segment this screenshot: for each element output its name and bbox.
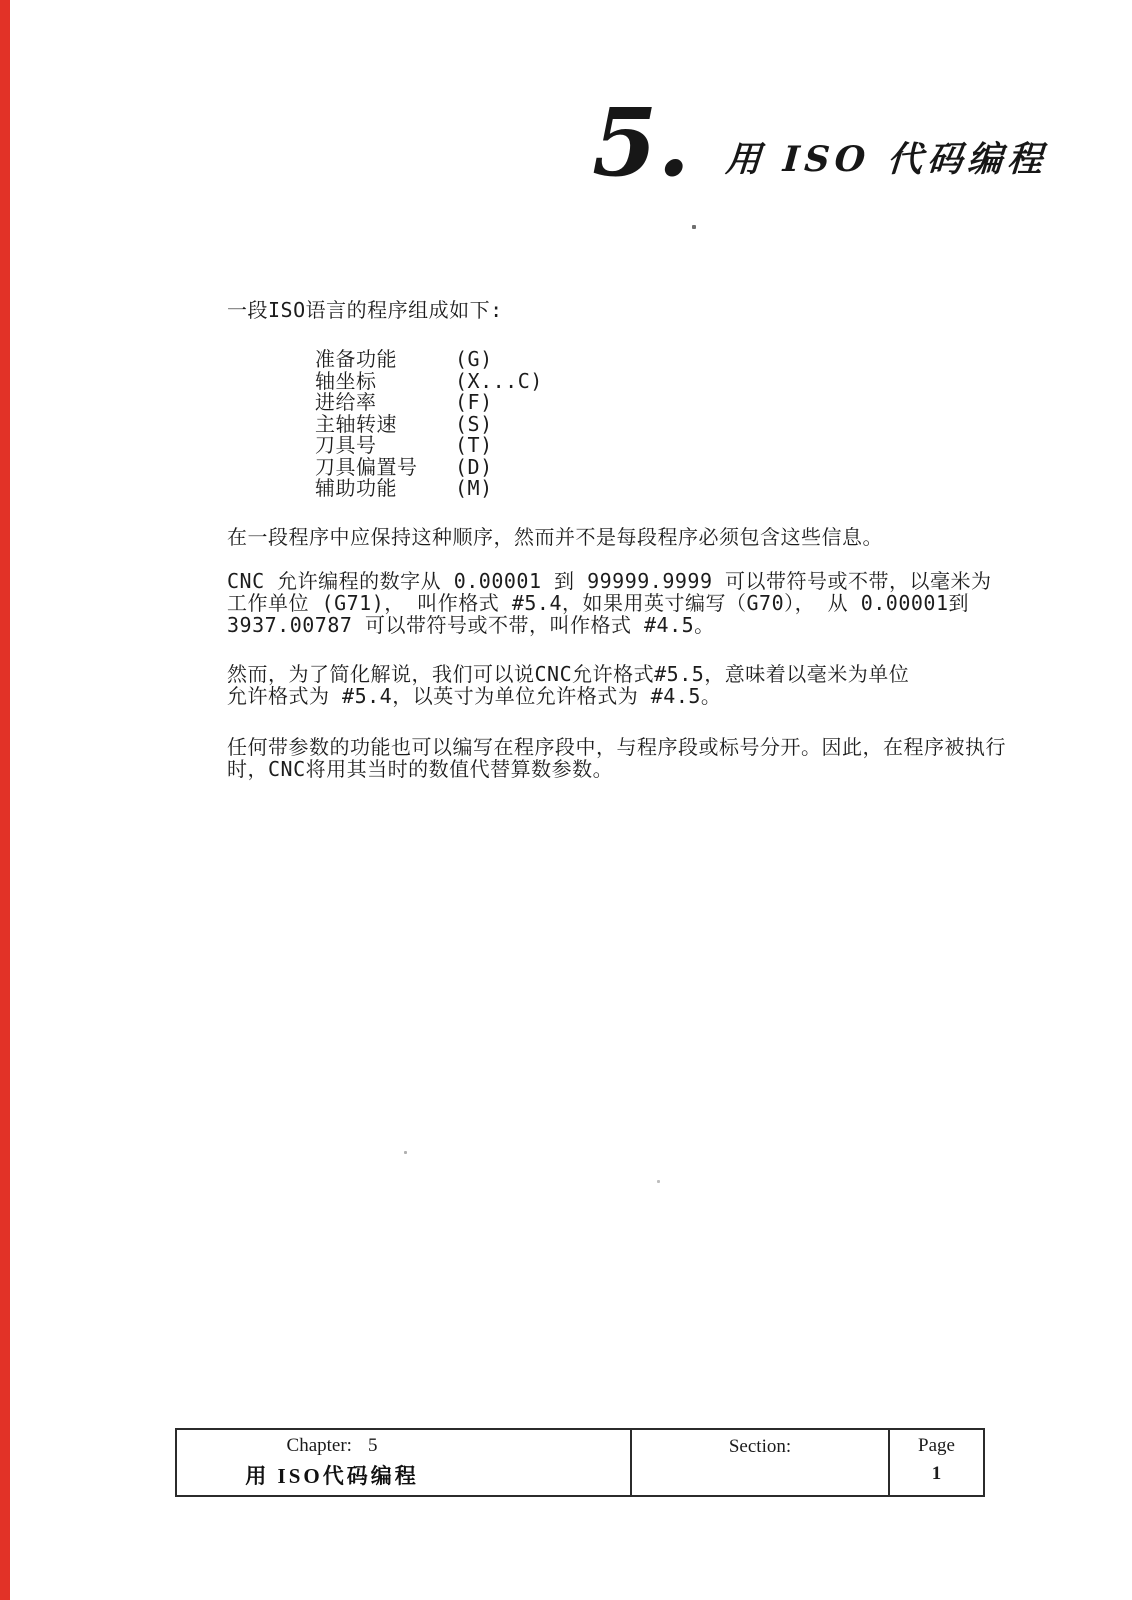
- paragraph-line: 然而，为了简化解说，我们可以说CNC允许格式#5.5，意味着以毫米为单位: [227, 663, 909, 685]
- component-label: 刀具偏置号: [315, 457, 455, 479]
- scan-speck: [404, 1151, 407, 1154]
- component-label: 刀具号: [315, 435, 455, 457]
- component-row: 主轴转速 (S): [315, 414, 543, 436]
- paragraph-line: 任何带参数的功能也可以编写在程序段中，与程序段或标号分开。因此，在程序被执行: [227, 736, 1006, 758]
- footer-page-cell: Page 1: [890, 1430, 983, 1495]
- paragraph-line: CNC 允许编程的数字从 0.00001 到 99999.9999 可以带符号或…: [227, 570, 992, 592]
- footer-table: Chapter:5 用 ISO代码编程 Section: Page 1: [175, 1428, 985, 1497]
- component-row: 轴坐标 (X...C): [315, 371, 543, 393]
- document-page: 5. 用 ISO 代码编程 一段ISO语言的程序组成如下: 准备功能 (G) 轴…: [0, 0, 1132, 1600]
- component-code: (M): [455, 478, 493, 500]
- footer-page-label: Page: [890, 1435, 983, 1457]
- component-code: (X...C): [455, 371, 543, 393]
- component-label: 辅助功能: [315, 478, 455, 500]
- component-label: 主轴转速: [315, 414, 455, 436]
- component-code: (G): [455, 349, 493, 371]
- paragraph-line: 在一段程序中应保持这种顺序，然而并不是每段程序必须包含这些信息。: [227, 526, 883, 548]
- component-row: 进给率 (F): [315, 392, 543, 414]
- chapter-number-heading: 5.: [592, 96, 690, 190]
- footer-chapter-label: Chapter:: [287, 1435, 352, 1456]
- component-row: 刀具号 (T): [315, 435, 543, 457]
- paragraph-line: 时，CNC将用其当时的数值代替算数参数。: [227, 758, 1006, 780]
- paragraph-line: 允许格式为 #5.4，以英寸为单位允许格式为 #4.5。: [227, 685, 909, 707]
- paragraph-line: 3937.00787 可以带符号或不带，叫作格式 #4.5。: [227, 614, 992, 636]
- paragraph-order-note: 在一段程序中应保持这种顺序，然而并不是每段程序必须包含这些信息。: [227, 526, 883, 548]
- footer-section-cell: Section:: [632, 1430, 890, 1495]
- footer-section-label: Section:: [632, 1436, 888, 1458]
- footer-chapter-number: 5: [368, 1435, 378, 1457]
- component-label: 准备功能: [315, 349, 455, 371]
- paragraph-parameter-note: 任何带参数的功能也可以编写在程序段中，与程序段或标号分开。因此，在程序被执行 时…: [227, 736, 1006, 780]
- component-row: 辅助功能 (M): [315, 478, 543, 500]
- footer-chapter-line: Chapter:5: [182, 1435, 482, 1457]
- paragraph-simplified-format: 然而，为了简化解说，我们可以说CNC允许格式#5.5，意味着以毫米为单位 允许格…: [227, 663, 909, 707]
- component-code: (F): [455, 392, 493, 414]
- chapter-title-heading: 用 ISO 代码编程: [724, 132, 1049, 182]
- component-row: 刀具偏置号 (D): [315, 457, 543, 479]
- scan-speck: [692, 225, 696, 229]
- scan-speck: [657, 1180, 660, 1183]
- footer-chapter-cell: Chapter:5 用 ISO代码编程: [177, 1430, 632, 1495]
- component-label: 轴坐标: [315, 371, 455, 393]
- intro-line: 一段ISO语言的程序组成如下:: [227, 299, 503, 321]
- component-row: 准备功能 (G): [315, 349, 543, 371]
- component-code: (D): [455, 457, 493, 479]
- component-label: 进给率: [315, 392, 455, 414]
- footer-page-number: 1: [890, 1463, 983, 1485]
- program-component-list: 准备功能 (G) 轴坐标 (X...C) 进给率 (F) 主轴转速 (S) 刀具…: [315, 349, 543, 500]
- paragraph-number-format: CNC 允许编程的数字从 0.00001 到 99999.9999 可以带符号或…: [227, 570, 992, 636]
- component-code: (S): [455, 414, 493, 436]
- paragraph-line: 工作单位 (G71)， 叫作格式 #5.4，如果用英寸编写（G70）， 从 0.…: [227, 592, 992, 614]
- footer-chapter-block: Chapter:5 用 ISO代码编程: [182, 1435, 482, 1490]
- scan-edge-red-stripe: [0, 0, 10, 1600]
- footer-chapter-title: 用 ISO代码编程: [182, 1460, 482, 1490]
- component-code: (T): [455, 435, 493, 457]
